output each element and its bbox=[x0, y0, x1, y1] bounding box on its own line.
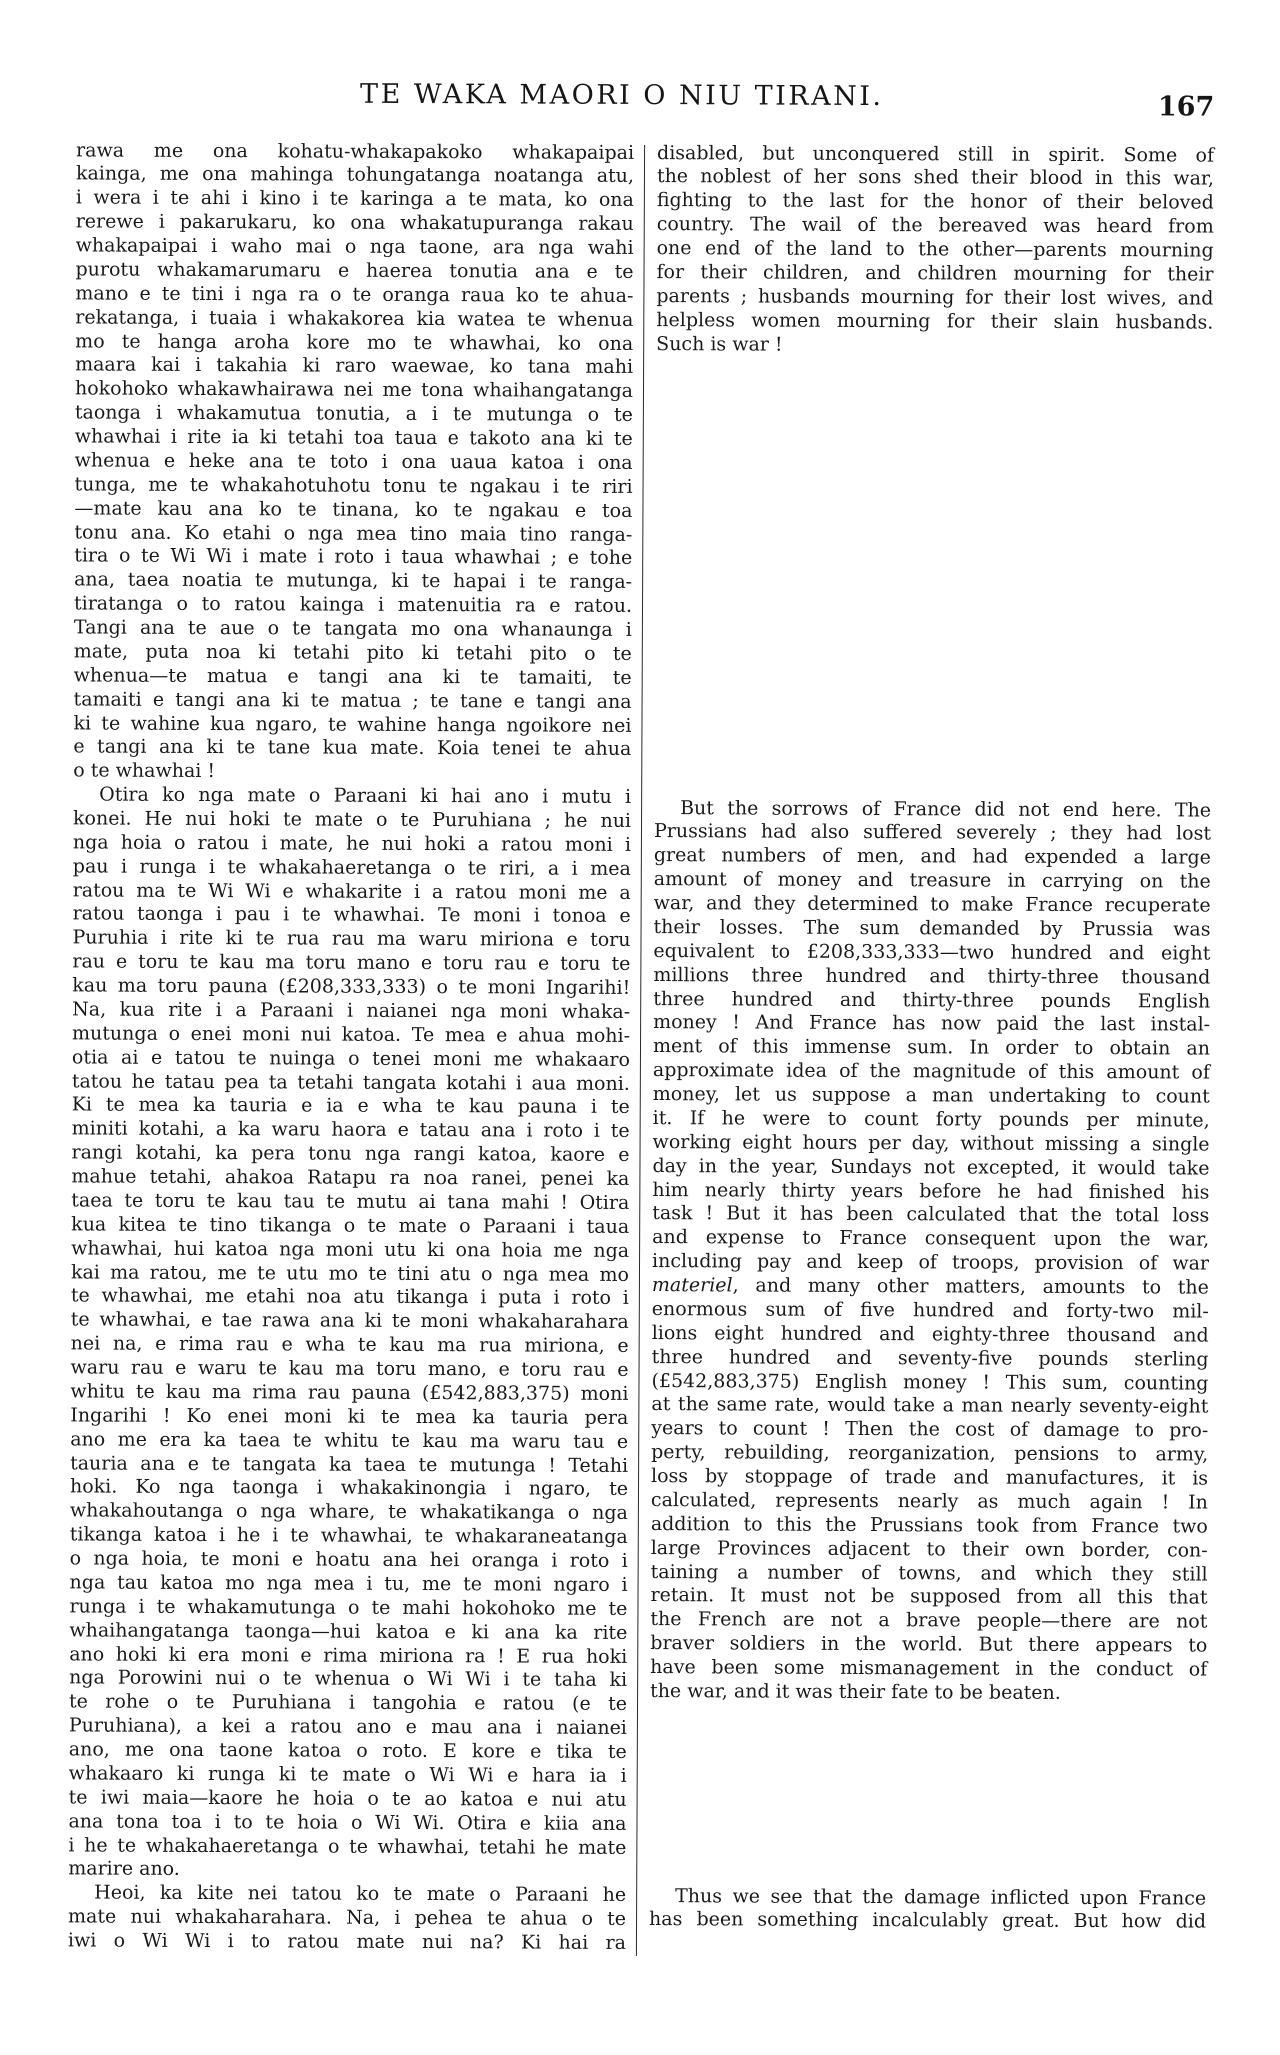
text-line: tonu ana. Ko etahi o nga mea tino maia t… bbox=[74, 521, 632, 547]
text-line: nga Porowini nui o te whenua o Wi Wi i t… bbox=[69, 1667, 627, 1693]
text-line: te rohe o te Puruhiana i tangohia e rato… bbox=[69, 1691, 627, 1717]
text-line: rangi kotahi, ka pera tonu nga rangi kat… bbox=[71, 1142, 629, 1168]
text-line: the noblest of her sons shed their blood… bbox=[657, 165, 1214, 191]
text-line: approximate idea of the magnitude of thi… bbox=[653, 1059, 1210, 1085]
text-line: iwi o Wi Wi i to ratou mate nui na? Ki h… bbox=[68, 1929, 626, 1955]
text-line: war, and they determined to make France … bbox=[654, 892, 1211, 918]
text-line: mo te hanga aroha kore mo te whawhai, ko… bbox=[75, 330, 633, 356]
text-line: money ! And France has now paid the last… bbox=[653, 1011, 1210, 1037]
text-line: rekatanga, i tuaia i whakakorea kia wate… bbox=[75, 306, 633, 332]
text-line: Such is war ! bbox=[656, 333, 1213, 359]
text-line: and expense to France consequent upon th… bbox=[652, 1226, 1209, 1252]
paragraph: disabled, but unconquered still in spiri… bbox=[656, 142, 1214, 359]
text-line: miniti kotahi, a ka waru haora e tatau a… bbox=[72, 1118, 630, 1144]
text-line: ano hoki ki era moni e rima miriona ra !… bbox=[69, 1643, 627, 1669]
text-line: loss by stoppage of trade and manufactur… bbox=[651, 1465, 1208, 1491]
text-line: helpless women mourning for their slain … bbox=[656, 309, 1213, 335]
paragraph: rawa me ona kohatu-whakapakoko whakapaip… bbox=[73, 139, 634, 786]
text-line: the war, and it was their fate to be bea… bbox=[650, 1680, 1207, 1706]
text-line: Thus we see that the damage inflicted up… bbox=[649, 1885, 1206, 1911]
text-line: their losses. The sum demanded by Prussi… bbox=[654, 916, 1211, 942]
text-line: three hundred and thirty-three pounds En… bbox=[653, 988, 1210, 1014]
text-line: whawhai, hui katoa nga moni utu ki ona h… bbox=[71, 1237, 629, 1263]
text-line: otia ai e tatou te nuinga o tenei moni m… bbox=[72, 1046, 630, 1072]
text-line: Heoi, ka kite nei tatou ko te mate o Par… bbox=[68, 1881, 626, 1907]
text-line: (£542,883,375) English money ! This sum,… bbox=[651, 1370, 1208, 1396]
text-line: lions eight hundred and eighty-three tho… bbox=[652, 1322, 1209, 1348]
text-line: te iwi maia—kaore he hoia o te ao katoa … bbox=[69, 1786, 627, 1812]
text-line: ment of this immense sum. In order to ob… bbox=[653, 1035, 1210, 1061]
text-line: hokohoko whakawhairawa nei me tona whaih… bbox=[75, 378, 633, 404]
text-line: ano, me ona taone katoa o roto. E kore e… bbox=[69, 1738, 627, 1764]
text-line: kai ma ratou, me te utu mo te tini atu o… bbox=[71, 1261, 629, 1287]
text-line: waru rau e waru te kau ma toru mano, e t… bbox=[70, 1356, 628, 1382]
text-line: rerewe i pakarukaru, ko ona whakatupuran… bbox=[76, 211, 634, 237]
text-line: tunga, me te whakahotuhotu tonu te ngaka… bbox=[75, 473, 633, 499]
text-line: addition to this the Prussians took from… bbox=[651, 1513, 1208, 1539]
text-line: parents ; husbands mourning for their lo… bbox=[656, 285, 1213, 311]
text-line: ana, taea noatia te mutunga, ki te hapai… bbox=[74, 569, 632, 595]
text-line: mate, puta noa ki tetahi pito ki tetahi … bbox=[74, 640, 632, 666]
paragraph: Otira ko nga mate o Paraani ki hai ano i… bbox=[68, 783, 631, 1884]
text-line: nga tau katoa mo nga mea i tu, me te mon… bbox=[70, 1571, 628, 1597]
text-line: have been some mismanagement in the cond… bbox=[650, 1656, 1207, 1682]
text-span: , and many other matters, amounts to the bbox=[733, 1274, 1209, 1298]
text-line: millions three hundred and thirty-three … bbox=[653, 964, 1210, 990]
italic-text: materiel bbox=[652, 1274, 733, 1296]
text-line: runga i te whakamutunga o te mahi hokoho… bbox=[69, 1595, 627, 1621]
text-line: taining a number of towns, and which the… bbox=[651, 1561, 1208, 1587]
text-line: amount of money and treasure in carrying… bbox=[654, 868, 1211, 894]
text-line: working eight hours per day, without mis… bbox=[653, 1131, 1210, 1157]
text-line: Otira ko nga mate o Paraani ki hai ano i… bbox=[73, 783, 631, 809]
text-line: whakapaipai i waho mai o nga taone, ara … bbox=[76, 234, 634, 260]
text-line: one end of the land to the other—parents… bbox=[657, 237, 1214, 263]
text-line: three hundred and seventy-five pounds st… bbox=[652, 1346, 1209, 1372]
left-column: rawa me ona kohatu-whakapakoko whakapaip… bbox=[67, 0, 634, 2055]
text-line: whenua—te matua e tangi ana ki te tamait… bbox=[74, 664, 632, 690]
text-line: mahue tetahi, ahakoa Ratapu ra noa ranei… bbox=[71, 1165, 629, 1191]
text-line: enormous sum of five hundred and forty-t… bbox=[652, 1298, 1209, 1324]
text-line: the French are not a brave people—there … bbox=[650, 1608, 1207, 1634]
text-line: whaihangatanga taonga—hui katoa e ki ana… bbox=[69, 1619, 627, 1645]
text-line: tiratanga o to ratou kainga i matenuitia… bbox=[74, 593, 632, 619]
text-line: purotu whakamarumaru e haerea tonutia an… bbox=[75, 258, 633, 284]
text-line: o te whawhai ! bbox=[73, 760, 631, 786]
text-line: tatou he tatau pea ta tetahi tangata kot… bbox=[72, 1070, 630, 1096]
text-line: for their children, and children mournin… bbox=[656, 261, 1213, 287]
text-line: Tangi ana te aue o te tangata mo ona wha… bbox=[74, 616, 632, 642]
text-line: tikanga katoa i he i te whawhai, te whak… bbox=[70, 1524, 628, 1550]
text-line: at the same rate, would take a man nearl… bbox=[651, 1393, 1208, 1419]
text-line: Puruhia i rite ki te rua rau ma waru mir… bbox=[72, 927, 630, 953]
text-line: retain. It must not be supposed from all… bbox=[650, 1584, 1207, 1610]
text-line: kau ma toru pauna (£208,333,333) o te mo… bbox=[72, 974, 630, 1000]
text-line: maara kai i takahia ki raro waewae, ko t… bbox=[75, 354, 633, 380]
paragraph: But the sorrows of France did not end he… bbox=[650, 797, 1211, 1707]
text-line: including pay and keep of troops, provis… bbox=[652, 1250, 1209, 1276]
column-divider bbox=[636, 145, 646, 1956]
text-line: it. If he were to count forty pounds per… bbox=[653, 1107, 1210, 1133]
text-line: te whawhai, me etahi noa atu tikanga i p… bbox=[71, 1285, 629, 1311]
right-column: disabled, but unconquered still in spiri… bbox=[648, 0, 1214, 2055]
paragraph: Heoi, ka kite nei tatou ko te mate o Par… bbox=[68, 1881, 626, 1955]
text-line: large Provinces adjacent to their own bo… bbox=[651, 1537, 1208, 1563]
text-line: day in the year, Sundays not excepted, i… bbox=[652, 1155, 1209, 1181]
text-line: Prussians had also suffered severely ; t… bbox=[654, 820, 1211, 846]
text-line: mutunga o enei moni nui katoa. Te mea e … bbox=[72, 1022, 630, 1048]
text-line: kua kitea te tino tikanga o te mate o Pa… bbox=[71, 1213, 629, 1239]
text-line: te whawhai, e tae rawa ana ki te moni wh… bbox=[71, 1309, 629, 1335]
text-line: him nearly thirty years before he had fi… bbox=[652, 1179, 1209, 1205]
text-line: mano e te tini i nga ra o te oranga raua… bbox=[75, 282, 633, 308]
text-line: equivalent to £208,333,333—two hundred a… bbox=[653, 940, 1210, 966]
text-line: money, let us suppose a man undertaking … bbox=[653, 1083, 1210, 1109]
text-line: Puruhiana), a kei a ratou ano e mau ana … bbox=[69, 1715, 627, 1741]
text-line: e tangi ana ki te tane kua mate. Koia te… bbox=[73, 736, 631, 762]
text-line: whitu te kau ma rima rau pauna (£542,883… bbox=[70, 1380, 628, 1406]
text-line: disabled, but unconquered still in spiri… bbox=[657, 142, 1214, 168]
text-line: country. The wail of the bereaved was he… bbox=[657, 213, 1214, 239]
text-line: tauria ana e te tangata ka taea te mutun… bbox=[70, 1452, 628, 1478]
text-line: But the sorrows of France did not end he… bbox=[654, 797, 1211, 823]
text-line: great numbers of men, and had expended a… bbox=[654, 844, 1211, 870]
text-line: years to count ! Then the cost of damage… bbox=[651, 1417, 1208, 1443]
paragraph: Thus we see that the damage inflicted up… bbox=[649, 1885, 1206, 1935]
document-page: TE WAKA MAORI O NIU TIRANI. 167 rawa me … bbox=[0, 0, 1280, 2055]
text-line: Ki te mea ka tauria e ia e wha te kau pa… bbox=[72, 1094, 630, 1120]
text-line: has been something incalculably great. B… bbox=[649, 1908, 1206, 1934]
text-line: tamaiti e tangi ana ki te matua ; te tan… bbox=[74, 688, 632, 714]
text-line: konei. He nui hoki te mate o te Puruhian… bbox=[73, 807, 631, 833]
text-line: mate nui whakaharahara. Na, i pehea te a… bbox=[68, 1905, 626, 1931]
text-line: tira o te Wi Wi i mate i roto i taua wha… bbox=[74, 545, 632, 571]
text-line: ratou ma te Wi Wi e whakarite i a ratou … bbox=[73, 879, 631, 905]
text-line: ki te wahine kua ngaro, te wahine hanga … bbox=[73, 712, 631, 738]
text-line: whakaaro ki runga ki te mate o Wi Wi e h… bbox=[69, 1762, 627, 1788]
text-line: taea te toru te kau tau te mutu ai tana … bbox=[71, 1189, 629, 1215]
text-line: —mate kau ana ko te tinana, ko te ngakau… bbox=[74, 497, 632, 523]
text-line: o nga hoia, te moni e hoatu ana hei oran… bbox=[70, 1547, 628, 1573]
text-line: rau e toru te kau ma toru mano e toru ra… bbox=[72, 951, 630, 977]
text-line: nei na, e rima rau e wha te kau ma rua m… bbox=[71, 1333, 629, 1359]
text-line: kainga, me ona mahinga tohungatanga noat… bbox=[76, 163, 634, 189]
text-line: whawhai i rite ia ki tetahi toa taua e t… bbox=[75, 425, 633, 451]
text-line: i he te whakahaeretanga o te whawhai, te… bbox=[68, 1834, 626, 1860]
text-line: ano me era ka taea te whitu te kau ma wa… bbox=[70, 1428, 628, 1454]
text-line: hoki. Ko nga taonga i whakakinongia i ng… bbox=[70, 1476, 628, 1502]
text-line: ratou taonga i pau i te whawhai. Te moni… bbox=[73, 903, 631, 929]
text-line: perty, rebuilding, reorganization, pensi… bbox=[651, 1441, 1208, 1467]
text-line: rawa me ona kohatu-whakapakoko whakapaip… bbox=[76, 139, 634, 165]
text-line: taonga i whakamutua tonutia, a i te mutu… bbox=[75, 402, 633, 428]
text-line: Na, kua rite i a Paraani i naianei nga m… bbox=[72, 998, 630, 1024]
text-line: whakahoutanga o nga whare, te whakatikan… bbox=[70, 1500, 628, 1526]
text-line: Ingarihi ! Ko enei moni ki te mea ka tau… bbox=[70, 1404, 628, 1430]
text-line: fighting to the last for the honor of th… bbox=[657, 189, 1214, 215]
text-line: braver soldiers in the world. But there … bbox=[650, 1632, 1207, 1658]
text-line: task ! But it has been calculated that t… bbox=[652, 1202, 1209, 1228]
text-line: calculated, represents nearly as much ag… bbox=[651, 1489, 1208, 1515]
text-line: i wera i te ahi i kino i te karinga a te… bbox=[76, 187, 634, 213]
text-line: nga hoia o ratou i mate, he nui hoki a r… bbox=[73, 831, 631, 857]
text-line: marire ano. bbox=[68, 1858, 626, 1884]
text-line: materiel, and many other matters, amount… bbox=[652, 1274, 1209, 1300]
text-line: pau i runga i te whakahaeretanga o te ri… bbox=[73, 855, 631, 881]
text-line: whenua e heke ana te toto i ona uaua kat… bbox=[75, 449, 633, 475]
text-line: ana tona toa i to te hoia o Wi Wi. Otira… bbox=[68, 1810, 626, 1836]
